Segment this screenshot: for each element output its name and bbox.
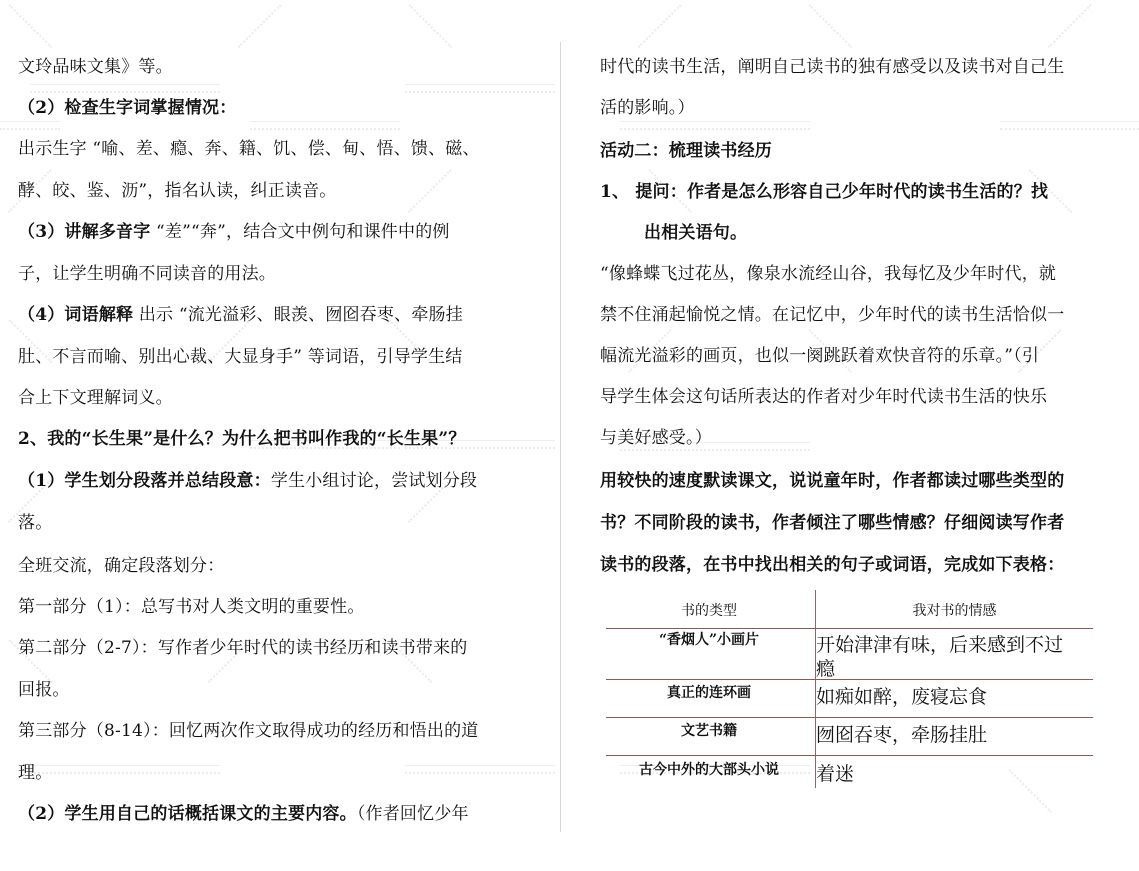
subheading-line: （2）检查生字词掌握情况：	[18, 97, 236, 119]
text-line: 回报。	[18, 679, 70, 701]
text-line: 活的影响。）	[600, 97, 695, 119]
bold-text: （2）学生用自己的话概括课文的主要内容。	[18, 804, 357, 824]
instruction-line: 书？不同阶段的读书，作者倾注了哪些情感？仔细阅读写作者	[600, 512, 1064, 534]
table-rule	[606, 679, 1093, 680]
column-divider	[560, 42, 561, 832]
table-cell-type: 真正的连环画	[606, 682, 812, 702]
bold-text: （2）检查生字词掌握情况：	[18, 98, 236, 118]
watermark-swirl	[808, 4, 853, 49]
section-heading: 2、我的“长生果”是什么？为什么把书叫作我的“长生果”？	[18, 428, 466, 450]
watermark-band	[30, 765, 220, 774]
subheading-line: （2）学生用自己的话概括课文的主要内容。（作者回忆少年	[18, 803, 469, 825]
question-line: 1、 提问：作者是怎么形容自己少年时代的读书生活的？找	[600, 181, 1048, 203]
text-line: 文玲品味文集》等。	[18, 56, 173, 78]
table-cell-feeling: 着迷	[816, 759, 854, 786]
table-cell-type: 文艺书籍	[606, 720, 812, 740]
watermark-swirl	[238, 4, 283, 49]
table-cell-feeling: 如痴如醉，废寝忘食	[816, 682, 987, 709]
text-line: 第三部分（8-14）：回忆两次作文取得成功的经历和悟出的道	[18, 720, 479, 742]
watermark-swirl	[408, 4, 453, 49]
bold-text: （1）学生划分段落并总结段意：	[18, 471, 271, 491]
table-cell-type: “香烟人”小画片	[606, 629, 812, 649]
bold-text: 2、我的“长生果”是什么？为什么把书叫作我的“长生果”？	[18, 429, 466, 449]
text-line: 第二部分（2-7）：写作者少年时代的读书经历和读书带来的	[18, 637, 467, 659]
text-line: 导学生体会这句话所表达的作者对少年时代读书生活的快乐	[600, 386, 1047, 408]
watermark-band	[620, 121, 810, 130]
text-line: 全班交流，确定段落划分：	[18, 555, 224, 577]
quote-line: “像蜂蝶飞过花丛，像泉水流经山谷，我每忆及少年时代，就	[600, 263, 1056, 285]
text-line: 合上下文理解词义。	[18, 387, 173, 409]
table-cell-feeling: 囫囵吞枣，牵肠挂肚	[816, 720, 987, 747]
instruction-line: 用较快的速度默读课文，说说童年时，作者都读过哪些类型的	[600, 470, 1064, 492]
text-line: 落。	[18, 512, 52, 534]
subheading-line: （3）讲解多音字 “差”“奔”，结合文中例句和课件中的例	[18, 221, 450, 243]
bold-text: （4）词语解释	[18, 305, 133, 325]
subheading-line: （1）学生划分段落并总结段意：学生小组讨论，尝试划分段	[18, 470, 477, 492]
text-line: 酵、皎、鉴、沥”，指名认读，纠正读音。	[18, 180, 337, 202]
text-line: 肚、不言而喻、别出心裁、大显身手” 等词语，引导学生结	[18, 346, 463, 368]
text-line: 第一部分（1）：总写书对人类文明的重要性。	[18, 596, 365, 618]
watermark-band	[0, 121, 60, 130]
watermark-swirl	[1048, 4, 1093, 49]
watermark-band	[405, 765, 555, 774]
table-rule	[606, 755, 1093, 756]
instruction-line: 读书的段落，在书中找出相关的句子或词语，完成如下表格：	[600, 554, 1064, 576]
quote-line: 幅流光溢彩的画页，也似一阕跳跃着欢快音符的乐章。”（引	[600, 345, 1039, 367]
watermark-swirl	[408, 169, 453, 214]
watermark-band	[405, 84, 555, 93]
activity-heading: 活动二：梳理读书经历	[600, 140, 772, 162]
table-header-book-type: 书的类型	[606, 600, 812, 620]
subheading-line: （4）词语解释 出示 “流光溢彩、眼羡、囫囵吞枣、牵肠挂	[18, 304, 463, 326]
table-cell-type: 古今中外的大部头小说	[606, 759, 812, 779]
text-line: 与美好感受。）	[600, 427, 712, 449]
table-cell-feeling: 瘾	[816, 654, 835, 681]
quote-line: 禁不住涌起愉悦之情。在记忆中，少年时代的读书生活恰似一	[600, 304, 1064, 326]
question-line: 出相关语句。	[644, 222, 747, 244]
watermark-swirl	[8, 4, 53, 49]
table-header-feeling: 我对书的情感	[816, 600, 1093, 620]
text-line: 理。	[18, 762, 52, 784]
text-line: 出示生字 “喻、差、瘾、奔、籍、饥、偿、甸、悟、馈、磁、	[18, 138, 480, 160]
bold-text: （3）讲解多音字	[18, 222, 150, 242]
watermark-swirl	[1008, 769, 1053, 814]
watermark-band	[30, 84, 220, 93]
watermark-band	[1000, 121, 1139, 130]
table-rule	[606, 717, 1093, 718]
table-cell-feeling: 开始津津有味，后来感到不过	[816, 630, 1063, 657]
watermark-band	[250, 121, 400, 130]
text-line: 时代的读书生活，阐明自己读书的独有感受以及读书对自己生	[600, 56, 1064, 78]
text-line: 子，让学生明确不同读音的用法。	[18, 263, 276, 285]
watermark-swirl	[638, 4, 683, 49]
